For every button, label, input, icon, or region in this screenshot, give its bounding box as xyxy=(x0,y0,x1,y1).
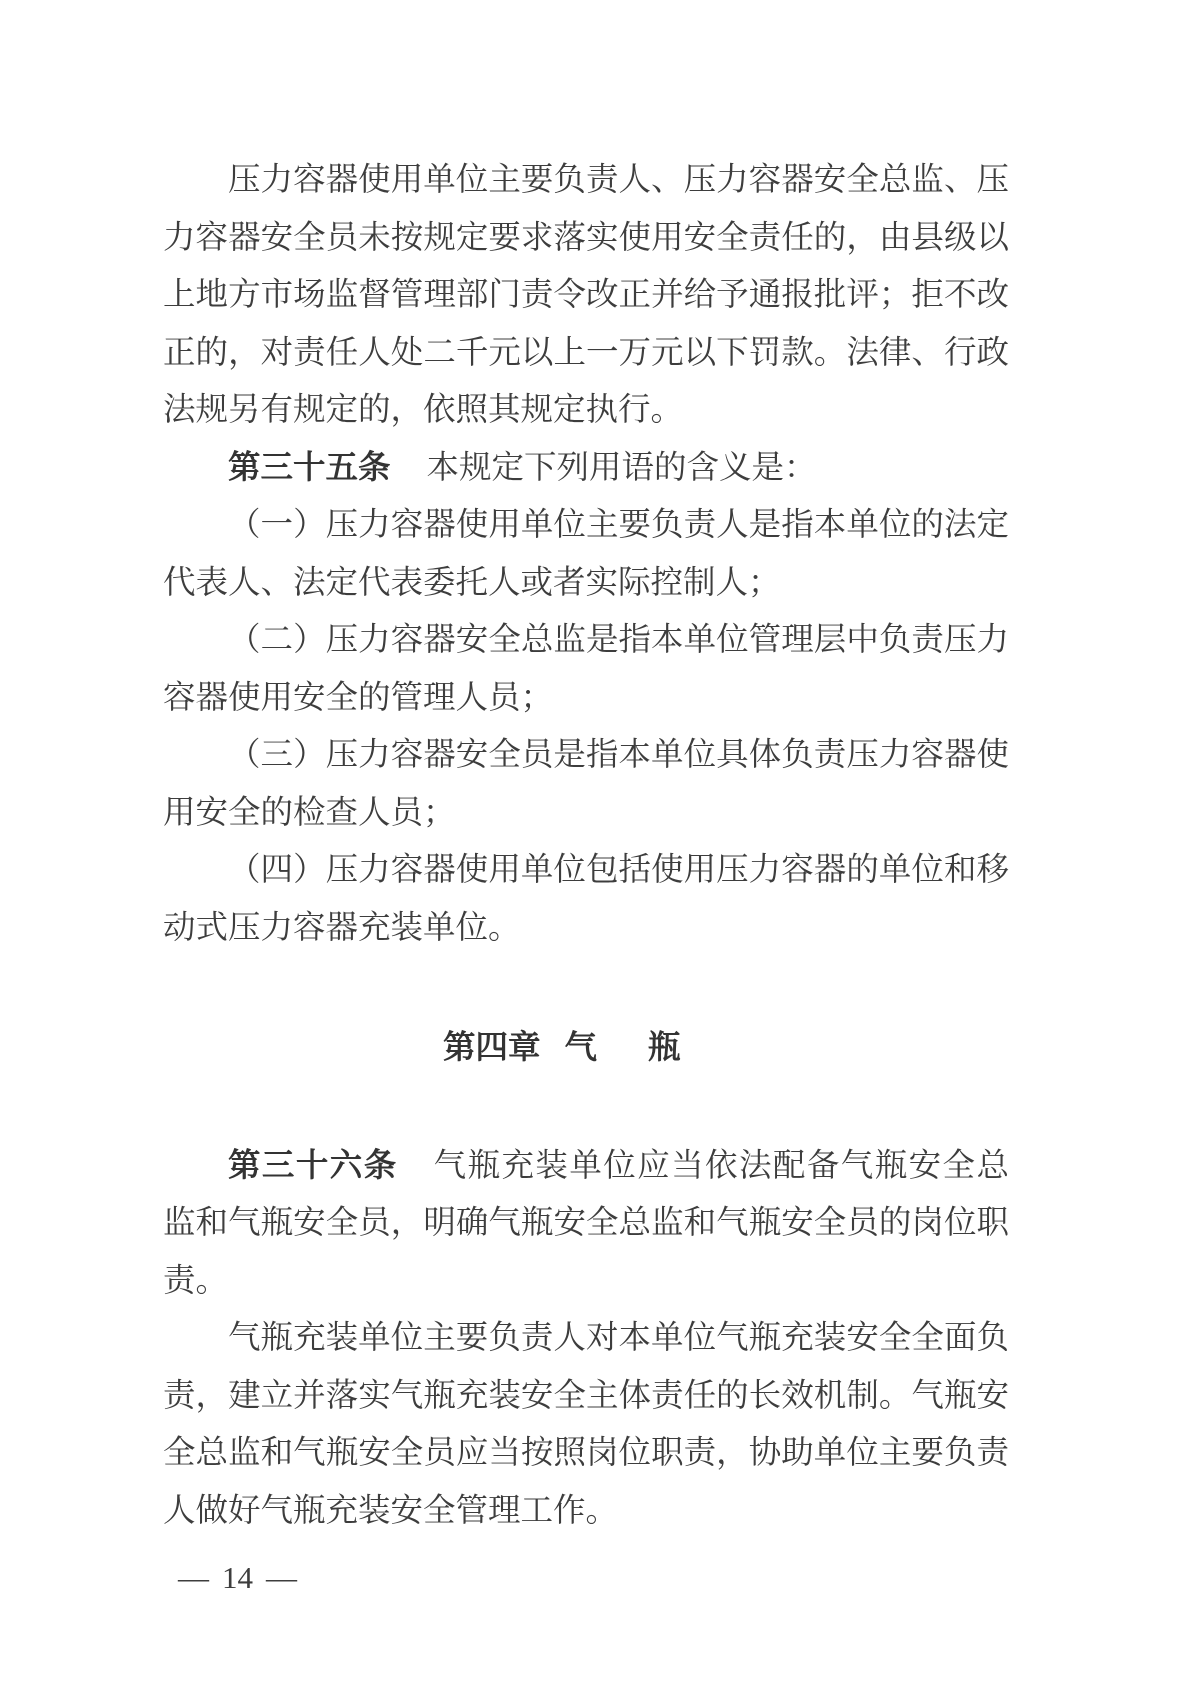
paragraph-penalty-provision: 压力容器使用单位主要负责人、压力容器安全总监、压力容器安全员未按规定要求落实使用… xyxy=(163,152,1009,440)
chapter-title-char-1: 气 xyxy=(565,1030,598,1066)
page-content: 压力容器使用单位主要负责人、压力容器安全总监、压力容器安全员未按规定要求落实使用… xyxy=(163,152,1009,1596)
paragraph-article-35: 第三十五条本规定下列用语的含义是： xyxy=(163,440,1009,498)
article-35-body: 本规定下列用语的含义是： xyxy=(427,450,817,486)
page-footer: — 14 — xyxy=(163,1560,1009,1596)
footer-dash-right: — xyxy=(266,1560,297,1596)
definition-item-2: （二）压力容器安全总监是指本单位管理层中负责压力容器使用安全的管理人员； xyxy=(163,612,1009,727)
definition-item-4: （四）压力容器使用单位包括使用压力容器的单位和移动式压力容器充装单位。 xyxy=(163,842,1009,957)
chapter-title-char-2: 瓶 xyxy=(648,1030,681,1066)
paragraph-article-36: 第三十六条气瓶充装单位应当依法配备气瓶安全总监和气瓶安全员，明确气瓶安全总监和气… xyxy=(163,1138,1009,1311)
footer-dash-left: — xyxy=(178,1560,209,1596)
document-page: 压力容器使用单位主要负责人、压力容器安全总监、压力容器安全员未按规定要求落实使用… xyxy=(0,0,1190,1683)
paragraph-filling-responsibility: 气瓶充装单位主要负责人对本单位气瓶充装安全全面负责，建立并落实气瓶充装安全主体责… xyxy=(163,1310,1009,1540)
article-36-number: 第三十六条 xyxy=(228,1148,398,1184)
page-number: 14 xyxy=(222,1560,253,1596)
definition-item-3: （三）压力容器安全员是指本单位具体负责压力容器使用安全的检查人员； xyxy=(163,727,1009,842)
definition-item-1: （一）压力容器使用单位主要负责人是指本单位的法定代表人、法定代表委托人或者实际控… xyxy=(163,497,1009,612)
chapter-4-heading: 第四章气瓶 xyxy=(163,1020,1009,1078)
chapter-number: 第四章 xyxy=(443,1030,541,1066)
article-35-number: 第三十五条 xyxy=(228,450,391,486)
